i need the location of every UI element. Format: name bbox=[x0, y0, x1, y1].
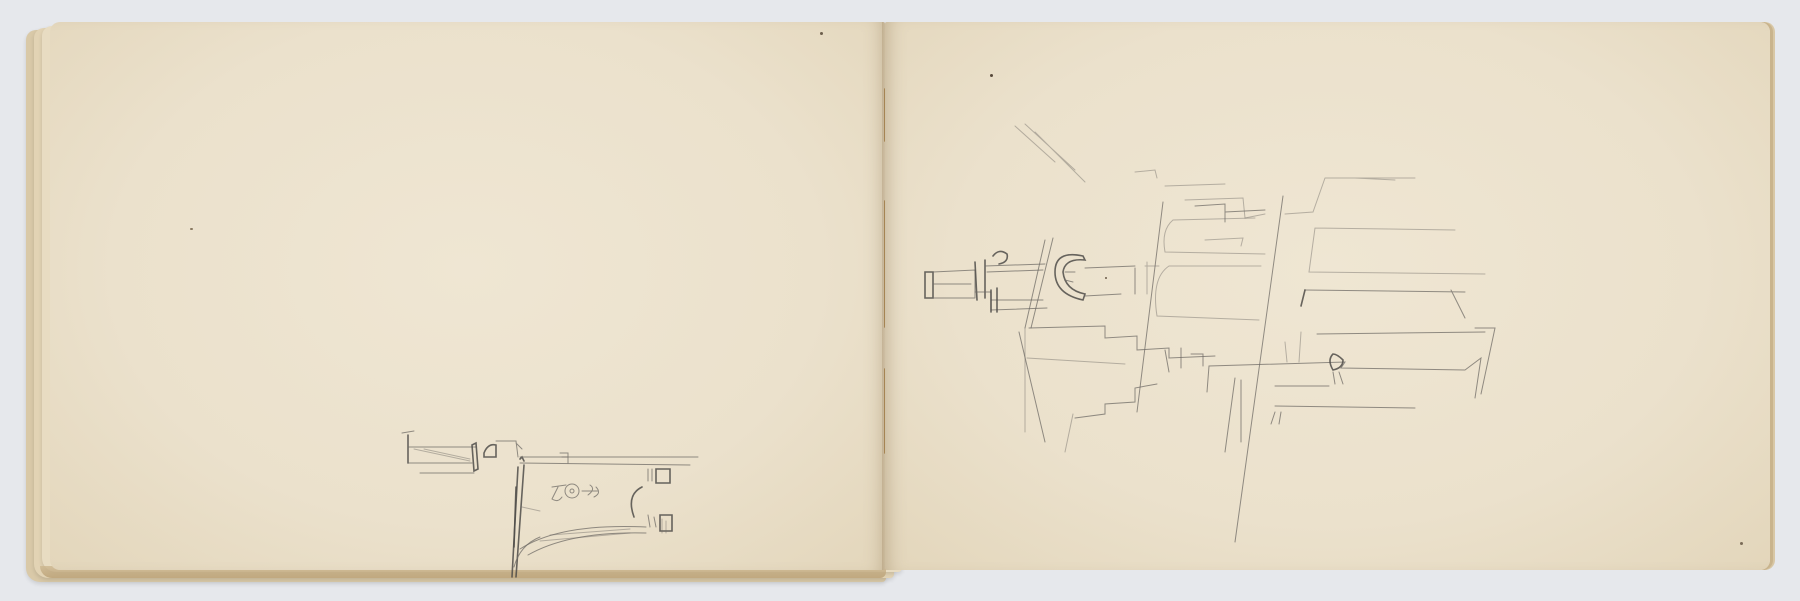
paper-speck bbox=[190, 228, 193, 230]
paper-speck bbox=[820, 32, 823, 35]
sketchbook-photo bbox=[0, 0, 1800, 601]
paper-speck bbox=[1105, 277, 1107, 279]
right-page bbox=[885, 22, 1770, 570]
facade-sketch bbox=[925, 122, 1645, 542]
left-page bbox=[50, 22, 885, 570]
paper-speck bbox=[1740, 542, 1743, 545]
molding-sketch bbox=[390, 427, 730, 577]
paper-speck bbox=[990, 74, 993, 77]
